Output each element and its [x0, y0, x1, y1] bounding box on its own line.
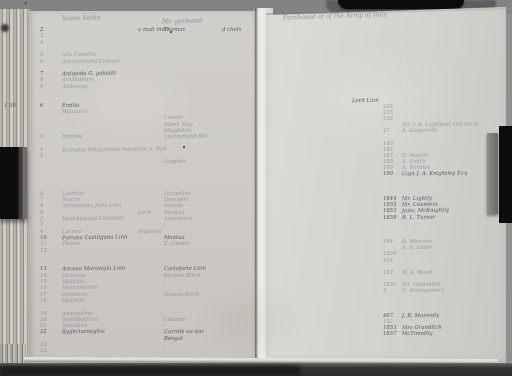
- row-number: 6: [40, 58, 43, 64]
- row-number: 19: [40, 310, 47, 316]
- row-number: 4: [40, 147, 43, 153]
- locality-entry: Carloforte Linn: [164, 266, 206, 273]
- ditto-mark: ·: [163, 166, 165, 172]
- locality-entry: Switzerland 8th: [164, 134, 207, 141]
- ditto-mark: ·: [163, 285, 165, 291]
- row-number: 4: [40, 40, 43, 46]
- row-number: 13: [40, 266, 47, 272]
- name-entry: Lycena: [62, 228, 81, 234]
- name-entry: Byghciosnaghia: [62, 329, 105, 336]
- locality-entry: Carrale au aus: [164, 329, 204, 336]
- row-number: 5: [40, 153, 43, 159]
- locality-entry: E. Opium: [164, 241, 189, 247]
- margin-note: 1 30: [4, 103, 16, 109]
- row-number: 24: [40, 348, 47, 354]
- left-page-header-names: Nome Solita: [62, 14, 101, 22]
- row-number: 3: [40, 33, 43, 39]
- ditto-mark: ·: [163, 323, 165, 329]
- ditto-mark: ·: [163, 247, 165, 253]
- locality-entry: Mantua: [164, 210, 185, 216]
- row-number: 9: [40, 134, 43, 140]
- accession-number: 184: [383, 239, 393, 245]
- name-entry: Anacanthes: [62, 310, 94, 316]
- accession-number: 236: [383, 116, 393, 122]
- name-entry: Alabonga: [62, 84, 88, 90]
- row-number: 20: [40, 317, 47, 323]
- locality-entry: Adventura: [164, 216, 192, 222]
- row-number: 9: [40, 84, 43, 90]
- accession-number: 180: [383, 141, 393, 147]
- left-page-rows: 2a mali indaThomasd chofs345alla Camelia…: [29, 27, 257, 357]
- row-number: 8: [40, 203, 43, 209]
- locality-entry: Bengal: [164, 336, 183, 342]
- ditto-mark: ·: [163, 298, 165, 304]
- accession-number: 1850: [383, 251, 397, 257]
- row-number: 11: [40, 241, 47, 247]
- ditto-mark: ·: [163, 317, 165, 323]
- name-entry: Athilladium: [62, 77, 94, 83]
- locality-entry: Irlanda: [164, 203, 184, 209]
- name-entry: alla Camelia: [62, 52, 96, 58]
- name-entry: Silvestris: [62, 291, 88, 297]
- margin-mark: f: [27, 17, 29, 23]
- accession-number: 4: [383, 288, 386, 294]
- accession-number: 190: [383, 171, 393, 177]
- right-clasp-strap: [487, 133, 498, 214]
- row-number: 6: [40, 103, 43, 109]
- row-number: 12: [40, 247, 47, 253]
- ledger-row: 1857McTimothy: [266, 331, 506, 338]
- row-number: 5: [40, 52, 43, 58]
- mid-entry: Lord: [138, 210, 151, 216]
- locality-entry: Damon Birch: [164, 291, 200, 297]
- row-number: 14: [40, 273, 47, 279]
- left-page-header-second: Mr. germand: [162, 17, 203, 25]
- row-number: 4: [40, 229, 43, 235]
- ledger-row: 24·: [29, 348, 257, 355]
- locality-entry: Thomas: [164, 27, 185, 33]
- row-number: 9: [40, 210, 43, 216]
- ditto-mark: ·: [407, 91, 409, 97]
- ditto-mark: ·: [163, 222, 165, 228]
- right-clasp: [499, 126, 512, 223]
- row-number: 17: [40, 292, 47, 298]
- locality-entry: Montes Birch: [164, 272, 201, 279]
- locality-entry: Glyphes: [164, 159, 186, 165]
- ditto-mark: ·: [407, 55, 409, 61]
- ditto-mark: ·: [407, 48, 409, 54]
- ditto-mark: ·: [163, 348, 165, 354]
- top-right-dark-object: [338, 0, 464, 9]
- edge-ink-smudge: [1, 24, 9, 32]
- ditto-mark: ·: [163, 310, 165, 316]
- ditto-mark: ·: [163, 273, 165, 279]
- ditto-mark: ·: [163, 292, 165, 298]
- row-number: 6: [40, 191, 43, 197]
- row-number: 18: [40, 298, 47, 304]
- ditto-mark: ·: [163, 153, 165, 159]
- accession-number: 47: [383, 128, 390, 134]
- ditto-mark: ·: [407, 61, 409, 67]
- name-entry: Emilia: [62, 102, 79, 108]
- ditto-mark: ·: [163, 178, 165, 184]
- row-number: 22: [40, 329, 47, 335]
- locality-entry: Libanus: [164, 317, 186, 323]
- accession-number: 152: [383, 270, 393, 276]
- right-page-rows: ··········Lord Linn234235236Mr. J. A. Li…: [266, 30, 506, 350]
- row-number: 8: [40, 77, 43, 83]
- name-entry: Birches: [62, 134, 83, 140]
- locality-entry: Conter: [164, 115, 183, 121]
- name-entry: Pieges: [62, 241, 80, 247]
- locality-entry: Alpen May: [164, 121, 193, 127]
- row-number: 3: [40, 222, 43, 228]
- name-entry: Marconistina: [62, 285, 98, 292]
- name-entry: Palazzina: [62, 109, 88, 115]
- mid-entry: Anglates: [138, 228, 162, 234]
- name-entry: McTimothy: [402, 331, 433, 337]
- accession-number: 1853: [383, 208, 397, 214]
- ledger-photo-scan: 4 f Nome Solita Mr. germand Purchased of…: [0, 0, 512, 376]
- left-clasp: [0, 147, 27, 219]
- accession-number: 164: [383, 257, 393, 263]
- name-entry: Malfetta: [62, 298, 85, 304]
- ditto-mark: ·: [407, 85, 409, 91]
- corner-mark: 4: [24, 1, 27, 7]
- table-shadow-dark: [0, 366, 300, 376]
- extra-entry: d chofs: [222, 27, 242, 33]
- row-number: 16: [40, 285, 47, 291]
- accession-number: 1857: [383, 331, 397, 337]
